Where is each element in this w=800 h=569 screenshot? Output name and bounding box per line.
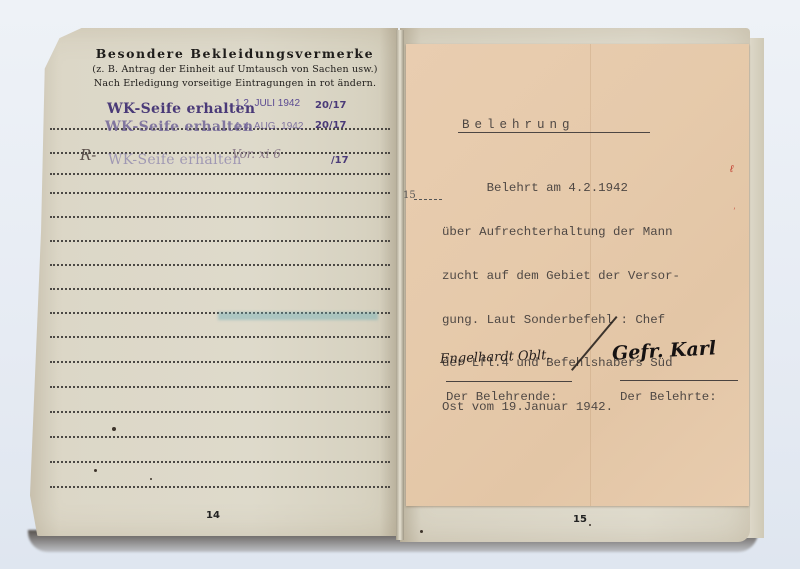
body-line: gung. Laut Sonderbefehl : Chef	[442, 313, 680, 328]
ruled-line	[50, 436, 390, 438]
book-spine	[396, 30, 404, 540]
instructor-label: Der Belehrende:	[446, 390, 558, 405]
stain-spot	[420, 530, 423, 533]
ruled-line	[50, 461, 390, 463]
soap-stamp-3: WK-Seife erhalten	[108, 152, 242, 168]
signature-line-right	[620, 380, 738, 381]
soap-stamp-1: WK-Seife erhalten	[107, 101, 255, 117]
ruled-line	[50, 411, 390, 413]
stain-spot	[94, 469, 97, 472]
ruled-line	[50, 192, 390, 194]
body-line: über Aufrechterhaltung der Mann	[442, 225, 680, 240]
open-booklet: Besondere Bekleidungsvermerke (z. B. Ant…	[0, 0, 800, 569]
stain-spot	[150, 478, 152, 480]
faded-blue-ink	[218, 312, 378, 320]
date-stamp-2: 1 4. AUG. 1942	[235, 121, 303, 132]
fraction-1: 20/17	[315, 100, 346, 111]
red-correction-mark: ℓ	[730, 164, 733, 175]
ruled-line	[50, 288, 390, 290]
ruled-line	[50, 361, 390, 363]
fraction-3: /17	[331, 155, 349, 166]
section-title: Besondere Bekleidungsvermerke	[90, 46, 380, 61]
stain-spot	[589, 524, 591, 526]
soap-stamp-2: WK-Seife erhalten	[105, 119, 253, 135]
page-number-left: 14	[206, 510, 220, 521]
title-underline	[458, 132, 650, 133]
handwritten-note-3: Vor. xi 6	[232, 147, 281, 161]
red-correction-mark: ʾ	[732, 207, 735, 218]
ruled-line	[50, 240, 390, 242]
section-subtitle-1: (z. B. Antrag der Einheit auf Umtausch v…	[90, 64, 380, 75]
body-line: zucht auf dem Gebiet der Versor-	[442, 269, 680, 284]
ruled-line	[50, 336, 390, 338]
ruled-line	[50, 386, 390, 388]
page-number-right: 15	[573, 514, 587, 525]
ruled-line	[50, 264, 390, 266]
section-subtitle-2: Nach Erledigung vorseitige Eintragungen …	[90, 78, 380, 89]
ruled-line	[50, 216, 390, 218]
insert-title: Belehrung	[462, 118, 575, 133]
ruled-line	[50, 173, 390, 175]
signature-line-left	[446, 381, 572, 382]
date-stamp-1: 1 2. JULI 1942	[235, 98, 300, 109]
ruled-line	[50, 486, 390, 488]
fraction-2: 20/17	[315, 120, 346, 131]
stain-spot	[112, 427, 116, 431]
margin-dash	[414, 199, 442, 200]
body-line: Belehrt am 4.2.1942	[442, 181, 680, 196]
instructed-label: Der Belehrte:	[620, 390, 717, 405]
left-page-header: Besondere Bekleidungsvermerke (z. B. Ant…	[90, 46, 380, 89]
pencil-mark-r: R-	[80, 146, 96, 164]
